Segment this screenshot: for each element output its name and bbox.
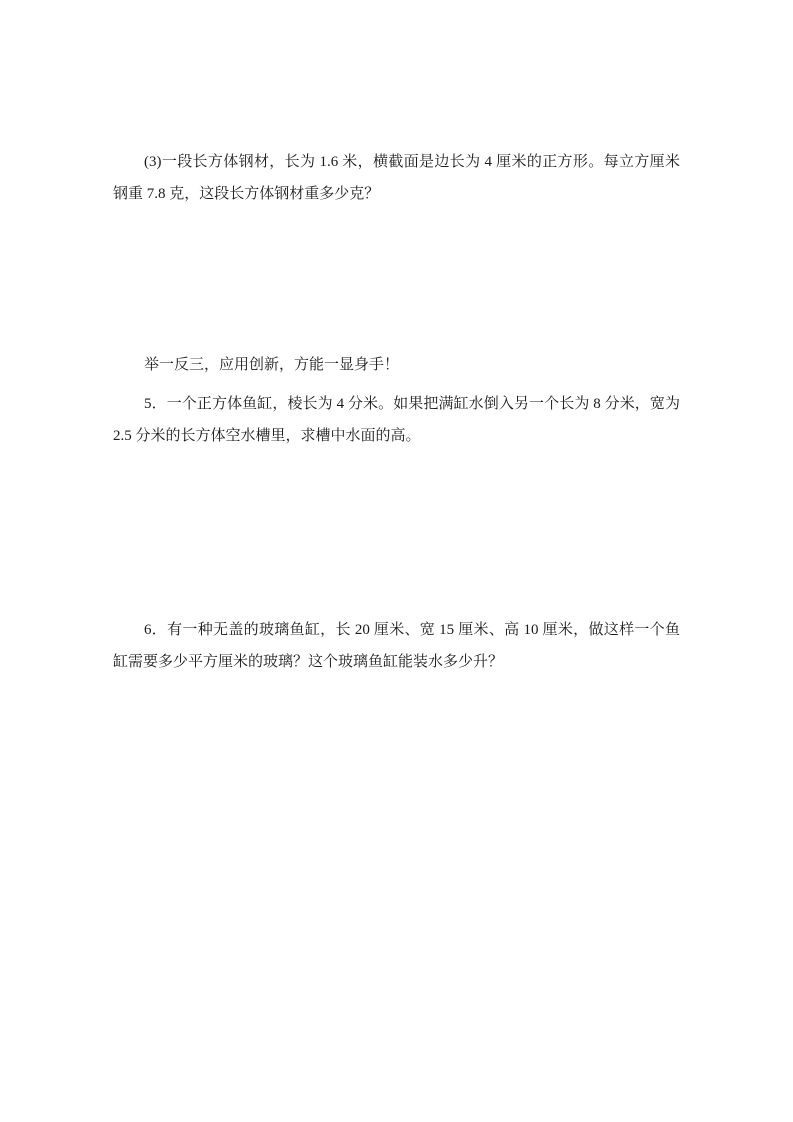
problem-6-text: 6．有一种无盖的玻璃鱼缸，长 20 厘米、宽 15 厘米、高 10 厘米，做这样… (113, 614, 680, 678)
section-heading: 举一反三，应用创新，方能一显身手！ (113, 349, 680, 381)
problem-3-text: (3)一段长方体钢材，长为 1.6 米，横截面是边长为 4 厘米的正方形。每立方… (113, 146, 680, 210)
worksheet-page: (3)一段长方体钢材，长为 1.6 米，横截面是边长为 4 厘米的正方形。每立方… (0, 0, 793, 1122)
problem-5-text: 5．一个正方体鱼缸，棱长为 4 分米。如果把满缸水倒入另一个长为 8 分米，宽为… (113, 388, 680, 452)
